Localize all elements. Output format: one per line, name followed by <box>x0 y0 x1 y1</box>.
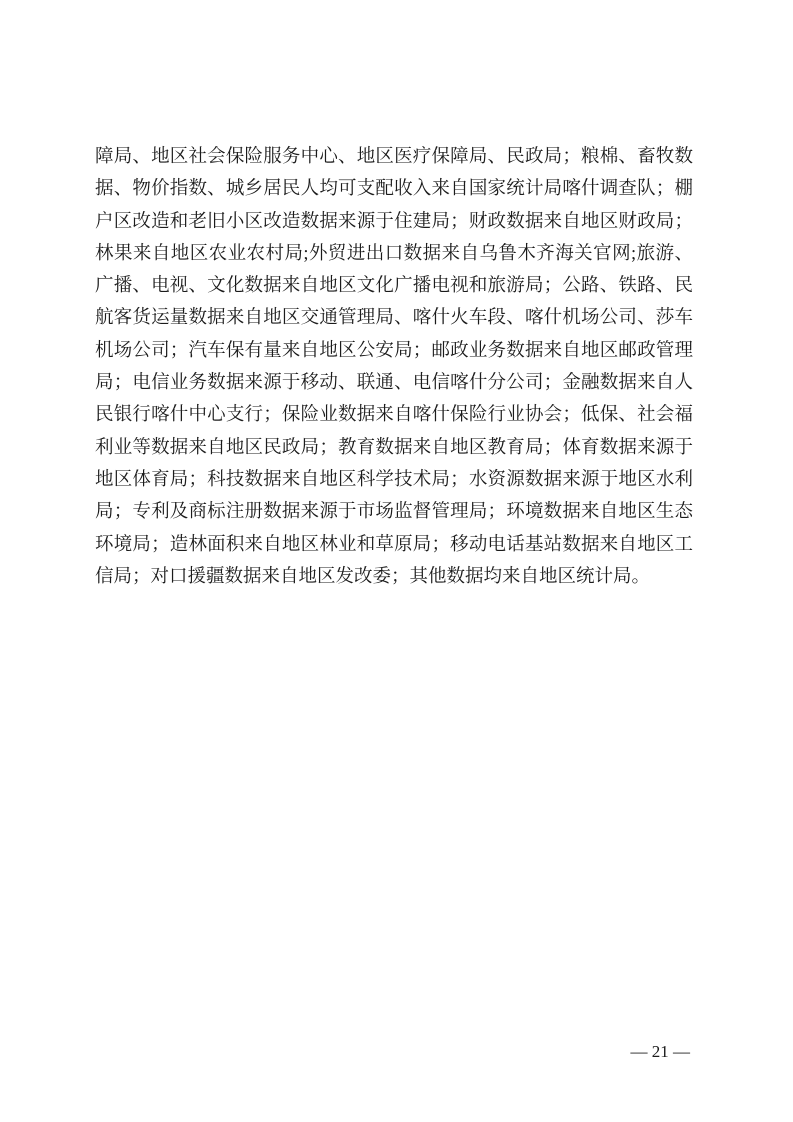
text-line: 民银行喀什中心支行；保险业数据来自喀什保险行业协会；低保、社会福 <box>95 399 693 431</box>
text-line: 据、物价指数、城乡居民人均可支配收入来自国家统计局喀什调查队；棚 <box>95 173 693 205</box>
page-number: — 21 — <box>631 1041 691 1063</box>
text-line: 障局、地区社会保险服务中心、地区医疗保障局、民政局；粮棉、畜牧数 <box>95 141 693 173</box>
text-line: 局；专利及商标注册数据来源于市场监督管理局；环境数据来自地区生态 <box>95 496 693 528</box>
text-line: 林果来自地区农业农村局;外贸进出口数据来自乌鲁木齐海关官网;旅游、 <box>95 238 693 270</box>
text-line: 利业等数据来自地区民政局；教育数据来自地区教育局；体育数据来源于 <box>95 432 693 464</box>
text-line: 信局；对口援疆数据来自地区发改委；其他数据均来自地区统计局。 <box>95 561 693 593</box>
text-line: 局；电信业务数据来源于移动、联通、电信喀什分公司；金融数据来自人 <box>95 367 693 399</box>
text-line: 环境局；造林面积来自地区林业和草原局；移动电话基站数据来自地区工 <box>95 529 693 561</box>
text-line: 广播、电视、文化数据来自地区文化广播电视和旅游局；公路、铁路、民 <box>95 270 693 302</box>
text-line: 航客货运量数据来自地区交通管理局、喀什火车段、喀什机场公司、莎车 <box>95 302 693 334</box>
text-line: 户区改造和老旧小区改造数据来源于住建局；财政数据来自地区财政局； <box>95 206 693 238</box>
document-page: 障局、地区社会保险服务中心、地区医疗保障局、民政局；粮棉、畜牧数 据、物价指数、… <box>0 0 793 1122</box>
text-line: 机场公司；汽车保有量来自地区公安局；邮政业务数据来自地区邮政管理 <box>95 335 693 367</box>
body-text: 障局、地区社会保险服务中心、地区医疗保障局、民政局；粮棉、畜牧数 据、物价指数、… <box>95 141 693 593</box>
text-line: 地区体育局；科技数据来自地区科学技术局；水资源数据来源于地区水利 <box>95 464 693 496</box>
